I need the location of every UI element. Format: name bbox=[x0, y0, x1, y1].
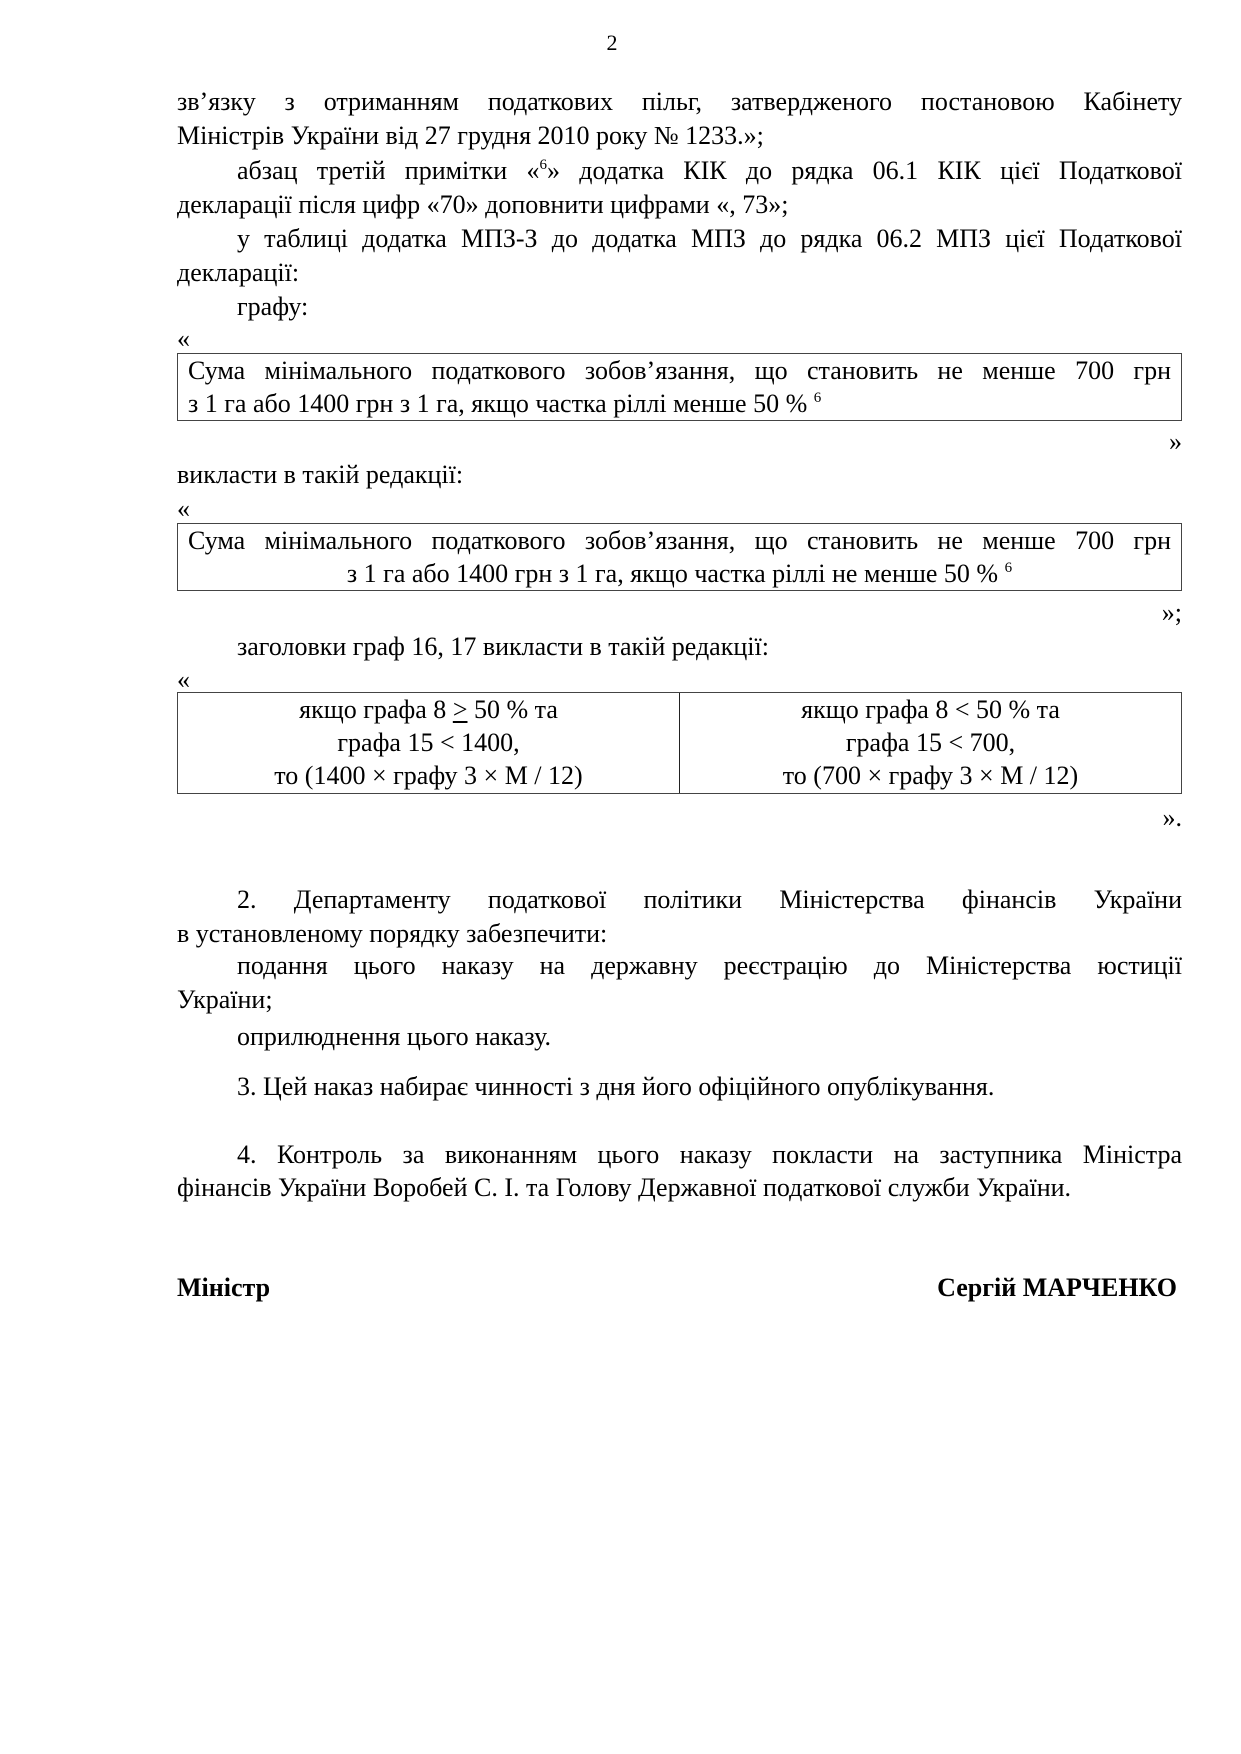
headers-table: якщо графа 8 > 50 % та графа 15 < 1400, … bbox=[177, 692, 1182, 794]
col17-line-3: то (700 × графу 3 × М / 12) bbox=[680, 759, 1181, 792]
quote-open-1: « bbox=[177, 322, 1182, 356]
footnote-ref: 6 bbox=[539, 157, 547, 173]
old-box-line-1: Сума мінімального податкового зобов’язан… bbox=[178, 354, 1181, 387]
new-box-line-2: з 1 га або 1400 грн з 1 га, якщо частка … bbox=[178, 557, 1181, 590]
headers-label: заголовки граф 16, 17 викласти в такій р… bbox=[177, 630, 1182, 664]
old-box-line-2: з 1 га або 1400 грн з 1 га, якщо частка … bbox=[178, 387, 1181, 420]
quote-close-2: »; bbox=[177, 596, 1182, 630]
table-paragraph-line-1: у таблиці додатка МПЗ-З до додатка МПЗ д… bbox=[177, 222, 1182, 256]
intro-line-1: зв’язку з отриманням податкових пільг, з… bbox=[177, 85, 1182, 119]
note-post: » додатка КІК до рядка 06.1 КІК цієї Под… bbox=[547, 156, 1182, 185]
new-column-header-box: Сума мінімального податкового зобов’язан… bbox=[177, 523, 1182, 591]
item4-line-1: 4. Контроль за виконанням цього наказу п… bbox=[177, 1138, 1182, 1172]
col17-line-1: якщо графа 8 < 50 % та bbox=[680, 693, 1181, 726]
note-paragraph-line-2: декларації після цифр «70» доповнити циф… bbox=[177, 188, 1182, 222]
table-paragraph-line-2: декларації: bbox=[177, 256, 1182, 290]
item2-line-4: України; bbox=[177, 983, 1182, 1017]
note-paragraph-line-1: абзац третій примітки «6» додатка КІК до… bbox=[177, 154, 1182, 188]
replace-label: викласти в такій редакції: bbox=[177, 458, 1182, 492]
col16-line-2: графа 15 < 1400, bbox=[178, 726, 679, 759]
quote-close-1: » bbox=[177, 425, 1182, 459]
old-column-header-box: Сума мінімального податкового зобов’язан… bbox=[177, 353, 1182, 421]
grafu-label: графу: bbox=[177, 290, 1182, 324]
col16-line-3: то (1400 × графу 3 × М / 12) bbox=[178, 759, 679, 792]
quote-open-2: « bbox=[177, 492, 1182, 526]
item3: 3. Цей наказ набирає чинності з дня його… bbox=[177, 1070, 1182, 1104]
quote-close-3: ». bbox=[177, 801, 1182, 835]
item4-line-2: фінансів України Воробей С. І. та Голову… bbox=[177, 1171, 1182, 1205]
item2-line-3: подання цього наказу на державну реєстра… bbox=[177, 949, 1182, 983]
new-box-line-1: Сума мінімального податкового зобов’язан… bbox=[178, 524, 1181, 557]
footnote-ref: 6 bbox=[1005, 560, 1013, 576]
header-cell-col16: якщо графа 8 > 50 % та графа 15 < 1400, … bbox=[178, 693, 679, 793]
col17-line-2: графа 15 < 700, bbox=[680, 726, 1181, 759]
item2-line-1: 2. Департаменту податкової політики Міні… bbox=[177, 883, 1182, 917]
footnote-ref: 6 bbox=[814, 390, 822, 406]
header-cell-col17: якщо графа 8 < 50 % та графа 15 < 700, т… bbox=[679, 693, 1181, 793]
col16-line-1: якщо графа 8 > 50 % та bbox=[178, 693, 679, 726]
item2-line-5: оприлюднення цього наказу. bbox=[177, 1020, 1182, 1054]
item2-line-2: в установленому порядку забезпечити: bbox=[177, 917, 1182, 951]
page-number: 2 bbox=[0, 28, 1224, 58]
note-pre: абзац третій примітки « bbox=[237, 156, 539, 185]
signature-name: Сергій МАРЧЕНКО bbox=[177, 1271, 1177, 1305]
intro-line-2: Міністрів України від 27 грудня 2010 рок… bbox=[177, 119, 1182, 153]
